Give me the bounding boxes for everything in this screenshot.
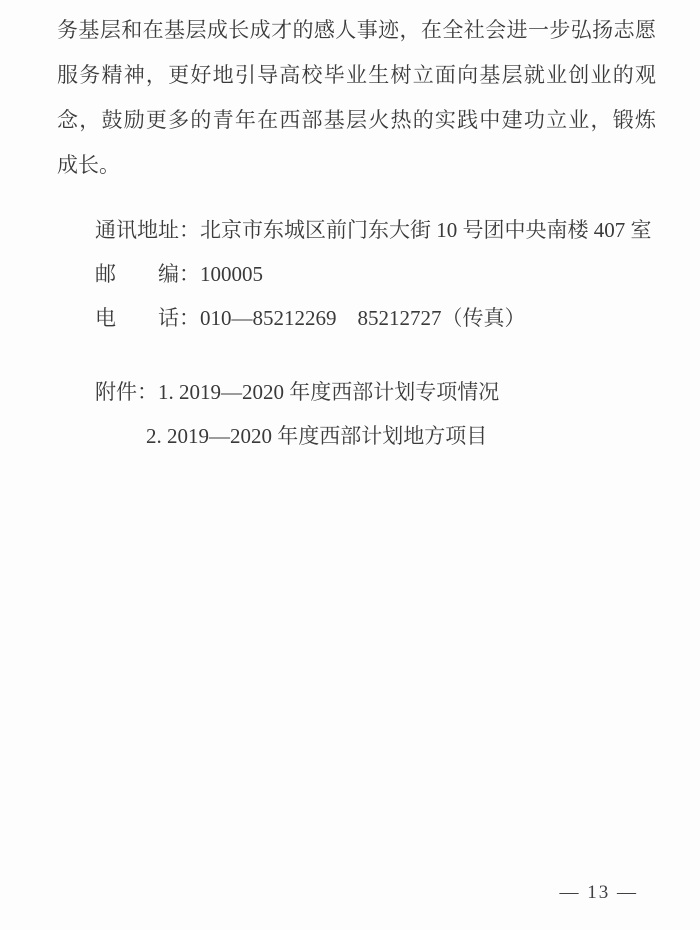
attachments-colon: ：	[137, 380, 158, 404]
body-paragraph: 务基层和在基层成长成才的感人事迹，在全社会进一步弘扬志愿 服务精神，更好地引导高…	[0, 0, 700, 188]
contact-block: 通讯地址：北京市东城区前门东大街 10 号团中央南楼 407 室 邮 编：100…	[95, 208, 656, 340]
contact-postcode-colon: ：	[179, 262, 200, 286]
attachment-item-1: 1. 2019—2020 年度西部计划专项情况	[158, 380, 499, 404]
body-line-4: 成长。	[57, 143, 656, 188]
contact-postcode-row: 邮 编：100005	[95, 252, 656, 296]
contact-postcode-label: 邮 编	[95, 262, 179, 286]
contact-phone-label: 电 话	[95, 306, 179, 330]
contact-phone-colon: ：	[179, 306, 200, 330]
page-number: — 13 —	[560, 882, 639, 904]
contact-phone-row: 电 话：010—85212269 85212727（传真）	[95, 296, 656, 340]
contact-address-colon: ：	[179, 218, 200, 242]
body-line-3: 念，鼓励更多的青年在西部基层火热的实践中建功立业，锻炼	[57, 98, 656, 143]
attachments-block: 附件：1. 2019—2020 年度西部计划专项情况 2. 2019—2020 …	[95, 370, 656, 458]
contact-postcode-value: 100005	[200, 262, 263, 286]
contact-phone-value: 010—85212269 85212727（传真）	[200, 306, 526, 330]
body-line-1: 务基层和在基层成长成才的感人事迹，在全社会进一步弘扬志愿	[57, 8, 656, 53]
attachments-label: 附件	[95, 380, 137, 404]
contact-address-value: 北京市东城区前门东大街 10 号团中央南楼 407 室	[200, 218, 652, 242]
contact-address-label: 通讯地址	[95, 218, 179, 242]
document-page: 务基层和在基层成长成才的感人事迹，在全社会进一步弘扬志愿 服务精神，更好地引导高…	[0, 0, 700, 930]
attachment-row-1: 附件：1. 2019—2020 年度西部计划专项情况	[95, 370, 656, 414]
attachment-row-2: 2. 2019—2020 年度西部计划地方项目	[95, 414, 656, 458]
contact-address-row: 通讯地址：北京市东城区前门东大街 10 号团中央南楼 407 室	[95, 208, 656, 252]
body-line-2: 服务精神，更好地引导高校毕业生树立面向基层就业创业的观	[57, 53, 656, 98]
attachment-item-2: 2. 2019—2020 年度西部计划地方项目	[146, 424, 487, 448]
